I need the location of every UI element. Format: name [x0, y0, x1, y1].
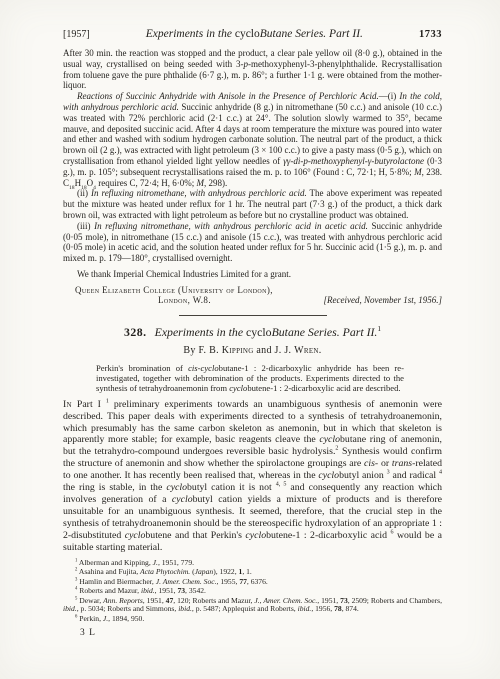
- article-heading: 328.Experiments in the cycloButane Serie…: [63, 325, 442, 340]
- article-title: Experiments in the cycloButane Series. P…: [155, 325, 381, 339]
- footnote-1: 1 Alberman and Kipping, J., 1951, 779.: [63, 559, 442, 568]
- header-page-number: 1733: [419, 29, 442, 40]
- footnotes: 1 Alberman and Kipping, J., 1951, 779. 2…: [63, 559, 442, 624]
- acknowledgement: We thank Imperial Chemical Industries Li…: [63, 269, 442, 280]
- article-abstract: Perkin's bromination of cis-cyclobutane-…: [96, 363, 404, 393]
- experimental-paragraph-4: (iii) In refluxing nitromethane, with an…: [63, 221, 442, 264]
- body-paragraph: In Part I 1 preliminary experiments towa…: [63, 399, 442, 554]
- experimental-paragraph-3: (ii) In refluxing nitromethane, with anh…: [63, 188, 442, 220]
- footnote-4: 4 Roberts and Mazur, ibid., 1951, 73, 35…: [63, 587, 442, 596]
- address-college: Queen Elizabeth College (University of L…: [63, 285, 442, 296]
- address-city: London, W.8.: [158, 295, 211, 306]
- article-byline: By F. B. Kipping and J. J. Wren.: [63, 345, 442, 356]
- article-number: 328.: [124, 325, 147, 339]
- footnote-5: 5 Dewar, Ann. Reports, 1951, 47, 120; Ro…: [63, 597, 442, 614]
- footnote-2: 2 Asahina and Fujita, Acta Phytochim. (J…: [63, 568, 442, 577]
- running-header: [1957] Experiments in the cycloButane Se…: [63, 28, 442, 40]
- journal-page: [1957] Experiments in the cycloButane Se…: [0, 0, 500, 679]
- header-year: [1957]: [63, 29, 90, 40]
- footnote-3: 3 Hamlin and Biermacher, J. Amer. Chem. …: [63, 578, 442, 587]
- footnote-6: 6 Perkin, J., 1894, 950.: [63, 615, 442, 624]
- received-date: [Received, November 1st, 1956.]: [324, 295, 442, 306]
- address-row: London, W.8. [Received, November 1st, 19…: [63, 295, 442, 306]
- experimental-paragraph-1: After 30 min. the reaction was stopped a…: [63, 48, 442, 91]
- printers-mark: 3 L: [63, 628, 442, 638]
- address-block: Queen Elizabeth College (University of L…: [63, 285, 442, 306]
- experimental-paragraph-2: Reactions of Succinic Anhydride with Ani…: [63, 91, 442, 188]
- section-divider: [179, 315, 327, 316]
- header-title: Experiments in the cycloButane Series. P…: [146, 28, 363, 40]
